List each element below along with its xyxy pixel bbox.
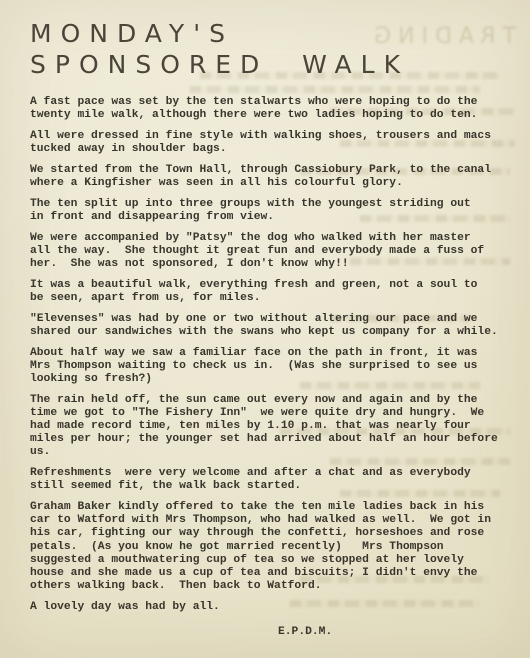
paragraph: Refreshments were very welcome and after… (30, 467, 518, 493)
paragraph: About half way we saw a familiar face on… (30, 347, 518, 387)
article-title: MONDAY'S SPONSORED WALK (30, 18, 409, 80)
bleedthrough-line (190, 86, 480, 93)
scanned-document-page: TRADING MONDAY'S SPONSORED WALK A fast p… (0, 0, 530, 658)
article-title-line1: MONDAY'S (30, 18, 409, 49)
paragraph: A fast pace was set by the ten stalwarts… (30, 96, 518, 122)
article-title-line2: SPONSORED WALK (30, 49, 409, 80)
paragraph: The ten split up into three groups with … (30, 198, 518, 224)
paragraph: All were dressed in fine style with walk… (30, 130, 518, 156)
paragraph: We started from the Town Hall, through C… (30, 164, 518, 190)
paragraph: We were accompanied by "Patsy" the dog w… (30, 232, 518, 272)
paragraph: The rain held off, the sun came out ever… (30, 394, 518, 460)
paragraph: "Elevenses" was had by one or two withou… (30, 313, 518, 339)
paragraph: A lovely day was had by all. (30, 601, 518, 614)
author-initials: E.P.D.M. (30, 626, 518, 639)
paragraph: Graham Baker kindly offered to take the … (30, 501, 518, 593)
article-body: A fast pace was set by the ten stalwarts… (30, 96, 518, 639)
paragraph: It was a beautiful walk, everything fres… (30, 279, 518, 305)
